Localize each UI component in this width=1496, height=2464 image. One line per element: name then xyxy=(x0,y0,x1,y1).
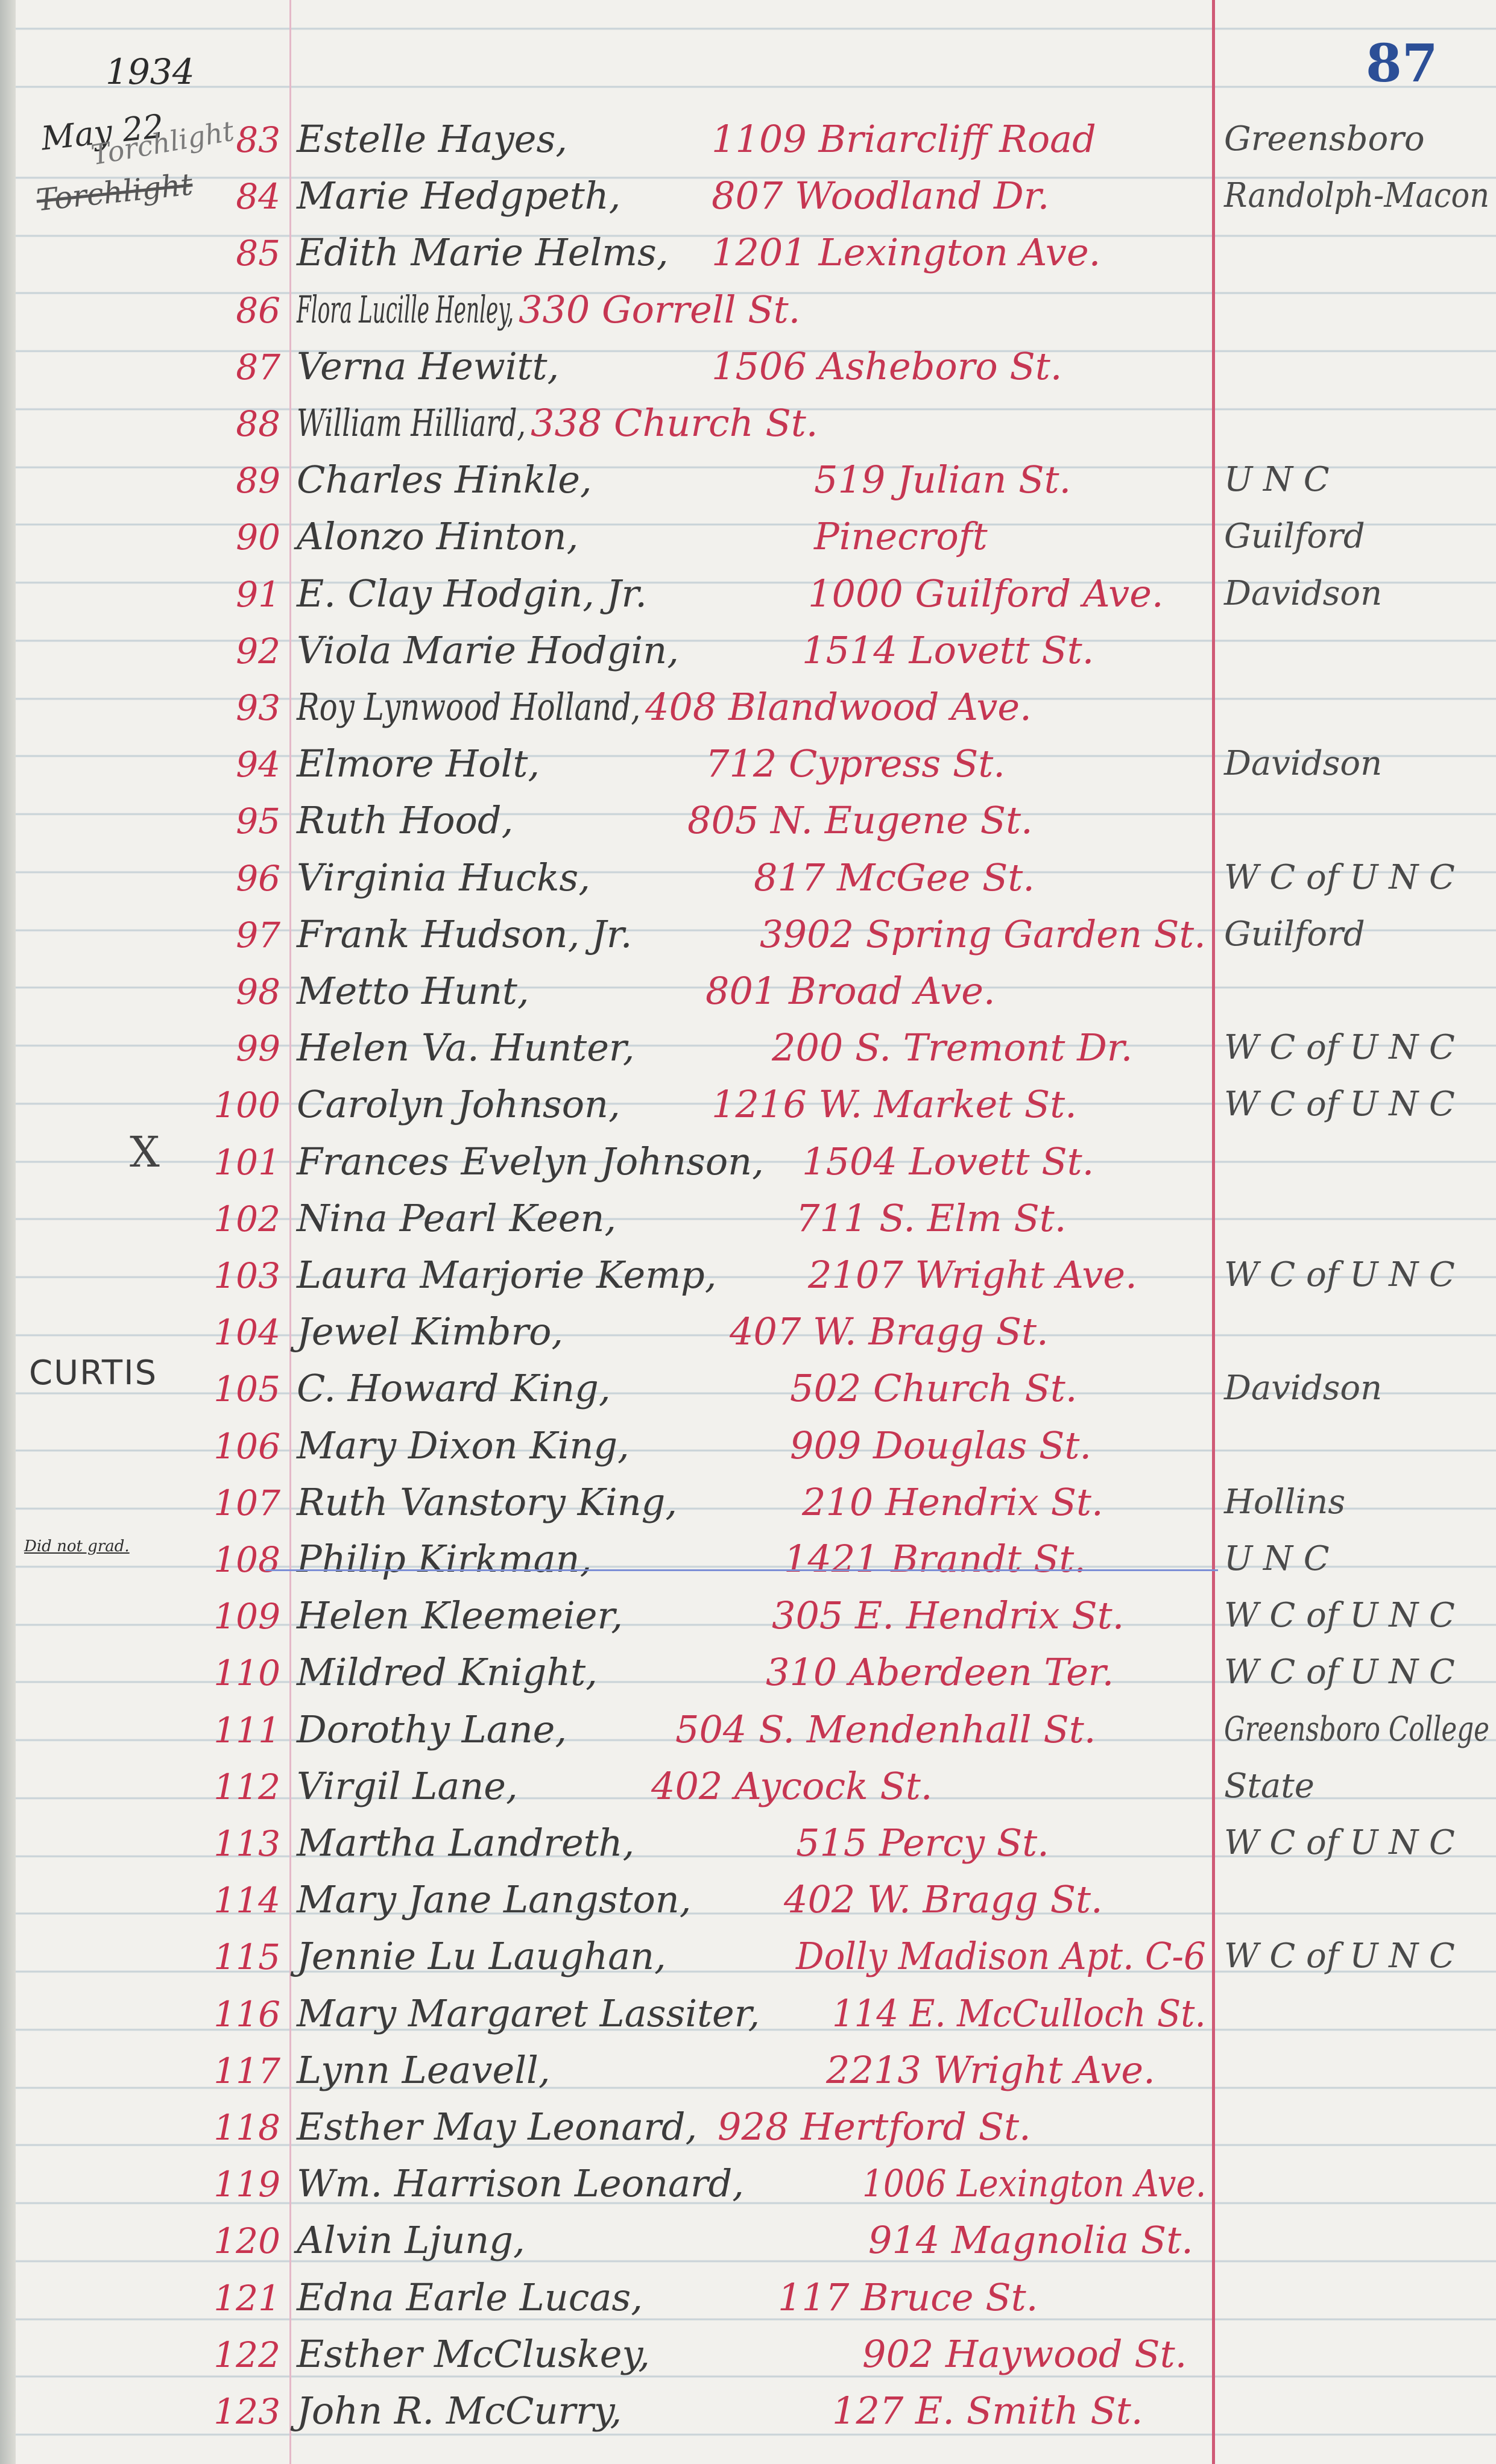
entry-address: 1109 Briarcliff Road xyxy=(712,117,1096,161)
entry-college: Davidson xyxy=(1224,574,1382,613)
entry-name: Ruth Hood, xyxy=(297,798,513,842)
entry-name: Roy Lynwood Holland, xyxy=(297,685,640,729)
entry-number: 110 xyxy=(181,1653,280,1694)
ledger-entry-row: 102Nina Pearl Keen,711 S. Elm St. xyxy=(0,1194,1496,1252)
ledger-entry-row: 93Roy Lynwood Holland,408 Blandwood Ave. xyxy=(0,682,1496,740)
entry-name: John R. McCurry, xyxy=(297,2389,622,2433)
entry-address: 127 E. Smith St. xyxy=(832,2389,1143,2433)
entry-name: Virgil Lane, xyxy=(297,1764,518,1808)
year-heading: 1934 xyxy=(106,51,195,92)
entry-name: Charles Hinkle, xyxy=(297,458,592,502)
entry-address: 914 Magnolia St. xyxy=(868,2218,1193,2262)
entry-number: 98 xyxy=(181,971,280,1012)
ledger-entry-row: 84Marie Hedgpeth,807 Woodland Dr.Randolp… xyxy=(0,171,1496,229)
entry-address: 817 McGee St. xyxy=(754,855,1035,900)
entry-address: 408 Blandwood Ave. xyxy=(645,685,1032,729)
ledger-entry-row: 88William Hilliard,338 Church St. xyxy=(0,399,1496,456)
entry-number: 87 xyxy=(181,347,280,388)
entry-college: Greensboro xyxy=(1224,119,1425,159)
entry-number: 84 xyxy=(181,176,280,217)
entry-address: 210 Hendrix St. xyxy=(802,1480,1103,1524)
ledger-entry-row: 107Ruth Vanstory King,210 Hendrix St.Hol… xyxy=(0,1478,1496,1536)
entry-number: 101 xyxy=(181,1142,280,1183)
ledger-entry-row: 108Philip Kirkman,1421 Brandt St.U N C xyxy=(0,1534,1496,1592)
entry-number: 123 xyxy=(181,2391,280,2432)
entry-address: 801 Broad Ave. xyxy=(705,969,996,1013)
entry-address: 712 Cypress St. xyxy=(705,742,1005,786)
entry-address: 1514 Lovett St. xyxy=(802,628,1094,672)
entry-address: 1421 Brandt St. xyxy=(784,1537,1086,1581)
entry-name: Esther McCluskey, xyxy=(297,2332,650,2376)
ledger-entry-row: 99Helen Va. Hunter,200 S. Tremont Dr.W C… xyxy=(0,1023,1496,1081)
entry-number: 88 xyxy=(181,403,280,444)
entry-address: 407 W. Bragg St. xyxy=(730,1309,1049,1353)
entry-address: 902 Haywood St. xyxy=(862,2332,1187,2376)
entry-college: W C of U N C xyxy=(1224,1028,1455,1067)
entry-number: 112 xyxy=(181,1766,280,1807)
entry-number: 93 xyxy=(181,687,280,728)
entry-name: Helen Kleemeier, xyxy=(297,1593,623,1637)
ledger-entry-row: 118Esther May Leonard,928 Hertford St. xyxy=(0,2102,1496,2160)
entry-address: 928 Hertford St. xyxy=(718,2105,1031,2149)
ledger-entry-row: 106Mary Dixon King,909 Douglas St. xyxy=(0,1421,1496,1479)
entry-address: 909 Douglas St. xyxy=(790,1423,1091,1467)
entry-number: 99 xyxy=(181,1028,280,1069)
entry-address: 515 Percy St. xyxy=(796,1821,1049,1865)
ledger-entry-row: 96Virginia Hucks,817 McGee St.W C of U N… xyxy=(0,853,1496,911)
page-number: 87 xyxy=(1366,33,1438,94)
ledger-entry-row: 109Helen Kleemeier,305 E. Hendrix St.W C… xyxy=(0,1591,1496,1649)
entry-number: 115 xyxy=(181,1936,280,1977)
ledger-entry-row: 120Alvin Ljung,914 Magnolia St. xyxy=(0,2216,1496,2273)
ledger-entry-row: 91E. Clay Hodgin, Jr.1000 Guilford Ave.D… xyxy=(0,569,1496,627)
entry-address: 402 Aycock St. xyxy=(651,1764,932,1808)
entry-number: 90 xyxy=(181,517,280,558)
entry-number: 97 xyxy=(181,915,280,956)
ledger-entry-row: 122Esther McCluskey,902 Haywood St. xyxy=(0,2330,1496,2387)
entry-name: Elmore Holt, xyxy=(297,742,540,786)
entry-address: 1006 Lexington Ave. xyxy=(862,2161,1206,2205)
entry-name: Virginia Hucks, xyxy=(297,855,590,900)
ledger-entry-row: 95Ruth Hood,805 N. Eugene St. xyxy=(0,796,1496,854)
entry-name: Philip Kirkman, xyxy=(297,1537,592,1581)
ledger-entry-row: 117Lynn Leavell,2213 Wright Ave. xyxy=(0,2046,1496,2103)
entry-address: 2107 Wright Ave. xyxy=(808,1253,1137,1297)
entry-address: 519 Julian St. xyxy=(814,458,1071,502)
ledger-entry-row: 94Elmore Holt,712 Cypress St.Davidson xyxy=(0,739,1496,797)
strikethrough-line xyxy=(265,1569,1218,1571)
entry-name: Jewel Kimbro, xyxy=(297,1309,563,1353)
ledger-entry-row: 92Viola Marie Hodgin,1514 Lovett St. xyxy=(0,626,1496,684)
entry-number: 92 xyxy=(181,631,280,672)
entry-name: Edna Earle Lucas, xyxy=(297,2275,643,2319)
entry-name: Frances Evelyn Johnson, xyxy=(297,1139,764,1183)
entry-address: 711 S. Elm St. xyxy=(796,1196,1066,1240)
entry-number: 116 xyxy=(181,1994,280,2035)
entry-college: W C of U N C xyxy=(1224,1653,1455,1692)
ledger-entry-row: 85Edith Marie Helms,1201 Lexington Ave. xyxy=(0,228,1496,286)
entry-college: W C of U N C xyxy=(1224,1936,1455,1976)
ledger-entry-row: 113Martha Landreth,515 Percy St.W C of U… xyxy=(0,1818,1496,1876)
entry-name: Wm. Harrison Leonard, xyxy=(297,2161,744,2205)
entry-number: 117 xyxy=(181,2050,280,2091)
entry-college: State xyxy=(1224,1766,1315,1806)
entry-number: 119 xyxy=(181,2164,280,2205)
entry-number: 103 xyxy=(181,1255,280,1296)
entry-college: W C of U N C xyxy=(1224,1823,1455,1862)
entry-address: 200 S. Tremont Dr. xyxy=(772,1026,1132,1070)
ledger-entry-row: 90Alonzo Hinton,PinecroftGuilford xyxy=(0,512,1496,570)
entry-name: Laura Marjorie Kemp, xyxy=(297,1253,716,1297)
entry-name: Marie Hedgpeth, xyxy=(297,174,620,218)
entry-number: 100 xyxy=(181,1085,280,1126)
entry-address: Dolly Madison Apt. C-6 xyxy=(796,1934,1206,1978)
entry-address: 117 Bruce St. xyxy=(778,2275,1038,2319)
entry-college: Greensboro College xyxy=(1224,1710,1489,1749)
entry-address: 305 E. Hendrix St. xyxy=(772,1593,1124,1637)
entry-name: Mildred Knight, xyxy=(297,1650,598,1694)
ledger-entry-row: 87Verna Hewitt,1506 Asheboro St. xyxy=(0,342,1496,400)
entry-name: Estelle Hayes, xyxy=(297,117,567,161)
entry-name: Mary Margaret Lassiter, xyxy=(297,1991,760,2035)
entry-college: W C of U N C xyxy=(1224,1596,1455,1635)
entry-number: 95 xyxy=(181,801,280,842)
entry-address: 114 E. McCulloch St. xyxy=(832,1991,1206,2035)
ledger-entry-row: 104Jewel Kimbro,407 W. Bragg St. xyxy=(0,1307,1496,1365)
entry-number: 113 xyxy=(181,1823,280,1864)
entry-number: 102 xyxy=(181,1199,280,1240)
entry-name: E. Clay Hodgin, Jr. xyxy=(297,572,647,616)
entry-number: 120 xyxy=(181,2220,280,2261)
entry-number: 108 xyxy=(181,1539,280,1580)
ledger-entry-row: 89Charles Hinkle,519 Julian St.U N C xyxy=(0,455,1496,513)
entry-address: 2213 Wright Ave. xyxy=(826,2048,1155,2092)
ledger-entry-row: 114Mary Jane Langston,402 W. Bragg St. xyxy=(0,1875,1496,1933)
entry-address: 1504 Lovett St. xyxy=(802,1139,1094,1183)
entry-college: W C of U N C xyxy=(1224,858,1455,897)
entry-number: 91 xyxy=(181,574,280,615)
ledger-entry-row: 86Flora Lucille Henley,330 Gorrell St. xyxy=(0,285,1496,343)
entry-address: 502 Church St. xyxy=(790,1366,1077,1410)
entry-name: Edith Marie Helms, xyxy=(297,230,669,274)
entry-name: Alvin Ljung, xyxy=(297,2218,525,2262)
entry-number: 105 xyxy=(181,1369,280,1410)
ledger-entry-row: 116Mary Margaret Lassiter,114 E. McCullo… xyxy=(0,1989,1496,2047)
entry-name: Carolyn Johnson, xyxy=(297,1082,620,1126)
entry-name: Nina Pearl Keen, xyxy=(297,1196,616,1240)
ledger-entry-row: 119Wm. Harrison Leonard,1006 Lexington A… xyxy=(0,2159,1496,2217)
ledger-page: 87 1934 May 22 Torchlight Torchlight X C… xyxy=(0,0,1496,2464)
entry-address: 310 Aberdeen Ter. xyxy=(766,1650,1114,1694)
entry-name: Lynn Leavell, xyxy=(297,2048,551,2092)
entry-college: U N C xyxy=(1224,1539,1330,1578)
ledger-entry-row: 123John R. McCurry,127 E. Smith St. xyxy=(0,2386,1496,2444)
entry-college: Hollins xyxy=(1224,1482,1345,1522)
entry-name: C. Howard King, xyxy=(297,1366,611,1410)
entry-name: Ruth Vanstory King, xyxy=(297,1480,677,1524)
entry-name: William Hilliard, xyxy=(297,401,526,445)
entry-name: Mary Jane Langston, xyxy=(297,1877,691,1921)
entry-address: 1506 Asheboro St. xyxy=(712,344,1062,388)
ledger-entry-row: 83Estelle Hayes,1109 Briarcliff RoadGree… xyxy=(0,115,1496,172)
entry-name: Metto Hunt, xyxy=(297,969,529,1013)
entry-number: 104 xyxy=(181,1312,280,1353)
ledger-entry-row: 103Laura Marjorie Kemp,2107 Wright Ave.W… xyxy=(0,1250,1496,1308)
entry-address: 504 S. Mendenhall St. xyxy=(675,1707,1096,1751)
entry-number: 107 xyxy=(181,1482,280,1523)
entry-address: 807 Woodland Dr. xyxy=(712,174,1049,218)
entry-number: 121 xyxy=(181,2278,280,2319)
entry-address: 805 N. Eugene St. xyxy=(687,798,1033,842)
entry-address: Pinecroft xyxy=(814,514,988,558)
ledger-entry-row: 111Dorothy Lane,504 S. Mendenhall St.Gre… xyxy=(0,1705,1496,1763)
entry-number: 96 xyxy=(181,858,280,899)
entry-number: 89 xyxy=(181,460,280,501)
ledger-entry-row: 97Frank Hudson, Jr.3902 Spring Garden St… xyxy=(0,910,1496,968)
entry-college: Guilford xyxy=(1224,517,1365,556)
entry-number: 94 xyxy=(181,744,280,785)
entry-name: Flora Lucille Henley, xyxy=(297,288,514,332)
entry-name: Viola Marie Hodgin, xyxy=(297,628,679,672)
entry-name: Frank Hudson, Jr. xyxy=(297,912,632,956)
entry-name: Dorothy Lane, xyxy=(297,1707,567,1751)
entry-college: W C of U N C xyxy=(1224,1255,1455,1294)
entry-name: Martha Landreth, xyxy=(297,1821,634,1865)
entry-college: W C of U N C xyxy=(1224,1085,1455,1124)
entry-address: 338 Church St. xyxy=(531,401,818,445)
entry-name: Alonzo Hinton, xyxy=(297,514,578,558)
ledger-entry-row: 112Virgil Lane,402 Aycock St.State xyxy=(0,1762,1496,1820)
entry-address: 330 Gorrell St. xyxy=(519,288,800,332)
entry-number: 114 xyxy=(181,1880,280,1921)
entry-number: 109 xyxy=(181,1596,280,1637)
ledger-entry-row: 105C. Howard King,502 Church St.Davidson xyxy=(0,1364,1496,1422)
entry-address: 3902 Spring Garden St. xyxy=(760,912,1206,956)
ledger-entry-row: 110Mildred Knight,310 Aberdeen Ter.W C o… xyxy=(0,1648,1496,1706)
ledger-entry-row: 101Frances Evelyn Johnson,1504 Lovett St… xyxy=(0,1137,1496,1195)
entry-number: 111 xyxy=(181,1710,280,1751)
ledger-entry-row: 98Metto Hunt,801 Broad Ave. xyxy=(0,966,1496,1024)
entry-name: Esther May Leonard, xyxy=(297,2105,697,2149)
entry-number: 122 xyxy=(181,2334,280,2375)
entry-name: Mary Dixon King, xyxy=(297,1423,630,1467)
entry-name: Verna Hewitt, xyxy=(297,344,559,388)
entry-address: 1216 W. Market St. xyxy=(712,1082,1077,1126)
entry-number: 106 xyxy=(181,1426,280,1467)
entry-number: 85 xyxy=(181,233,280,274)
entry-address: 1000 Guilford Ave. xyxy=(808,572,1164,616)
entry-number: 86 xyxy=(181,290,280,331)
entry-college: U N C xyxy=(1224,460,1330,499)
entry-address: 402 W. Bragg St. xyxy=(784,1877,1103,1921)
entry-college: Davidson xyxy=(1224,744,1382,783)
entry-name: Helen Va. Hunter, xyxy=(297,1026,634,1070)
entry-college: Guilford xyxy=(1224,915,1365,954)
entry-college: Davidson xyxy=(1224,1369,1382,1408)
entry-number: 118 xyxy=(181,2107,280,2148)
ledger-entry-row: 100Carolyn Johnson,1216 W. Market St.W C… xyxy=(0,1080,1496,1138)
ledger-entry-row: 115Jennie Lu Laughan,Dolly Madison Apt. … xyxy=(0,1932,1496,1990)
entry-name: Jennie Lu Laughan, xyxy=(297,1934,666,1978)
entry-number: 83 xyxy=(181,119,280,160)
entry-address: 1201 Lexington Ave. xyxy=(712,230,1100,274)
ledger-entry-row: 121Edna Earle Lucas,117 Bruce St. xyxy=(0,2273,1496,2331)
entry-college: Randolph-Macon xyxy=(1224,176,1489,215)
